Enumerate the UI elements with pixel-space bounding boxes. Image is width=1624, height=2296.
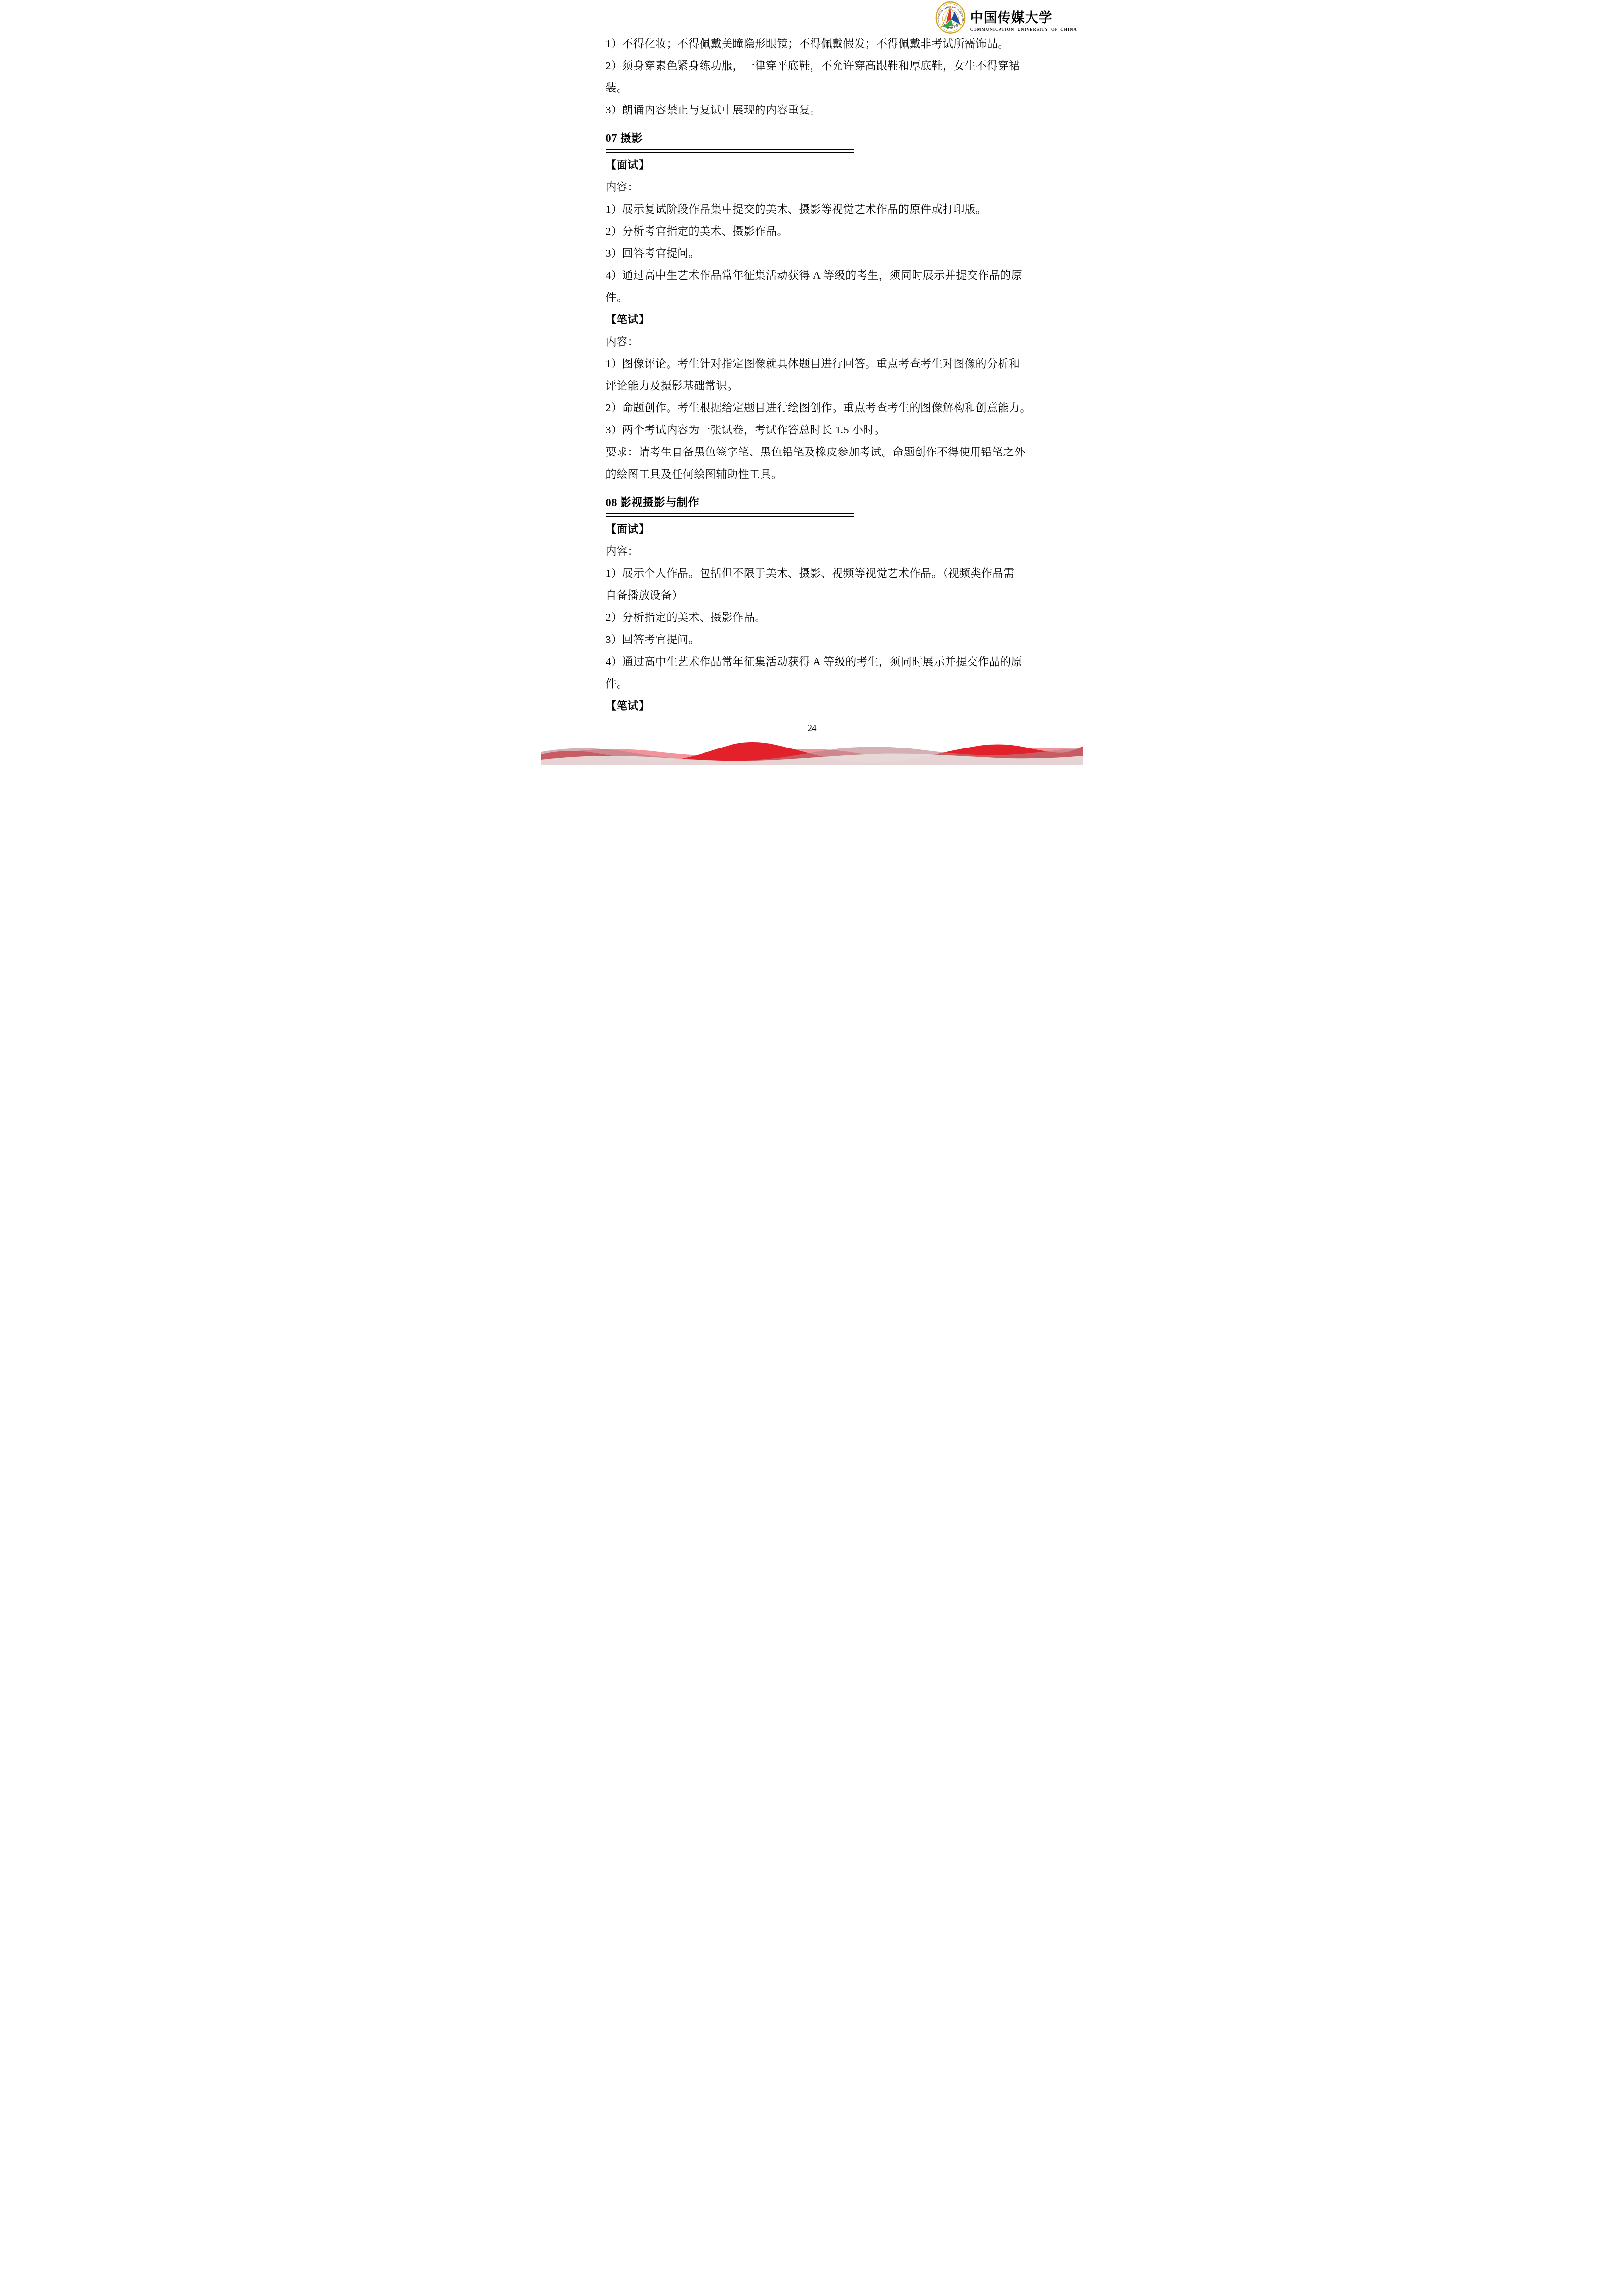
document-body: 1）不得化妆；不得佩戴美瞳隐形眼镜；不得佩戴假发；不得佩戴非考试所需饰品。 2）… <box>606 32 1028 717</box>
seal-right-dot <box>959 24 961 25</box>
body-line: 4）通过高中生艺术作品常年征集活动获得 A 等级的考生，须同时展示并提交作品的原 <box>606 650 1028 672</box>
body-line: 3）回答考官提问。 <box>606 628 1028 650</box>
intro-rule-line: 装。 <box>606 77 1028 99</box>
page-number: 24 <box>541 723 1083 734</box>
section-08-title: 08 影视摄影与制作 <box>606 492 700 513</box>
document-page: COMMUNICATION UNIVERSITY OF CHINA 中国传媒大学… <box>541 0 1083 765</box>
body-line: 件。 <box>606 286 1028 308</box>
body-line: 1）展示个人作品。包括但不限于美术、摄影、视频等视觉艺术作品。（视频类作品需 <box>606 562 1028 584</box>
section-07: 07 摄影 【面试】 内容： 1）展示复试阶段作品集中提交的美术、摄影等视觉艺术… <box>606 128 1028 485</box>
exam-block-label: 【面试】 <box>606 518 1028 540</box>
body-line: 1）图像评论。考生针对指定图像就具体题目进行回答。重点考查考生对图像的分析和 <box>606 352 1028 374</box>
university-name: 中国传媒大学 COMMUNICATION UNIVERSITY OF CHINA <box>970 10 1077 32</box>
university-name-en: COMMUNICATION UNIVERSITY OF CHINA <box>970 27 1077 32</box>
body-line: 内容： <box>606 540 1028 562</box>
exam-block-label: 【笔试】 <box>606 694 1028 717</box>
body-line: 评论能力及摄影基础常识。 <box>606 374 1028 397</box>
body-line: 1）展示复试阶段作品集中提交的美术、摄影等视觉艺术作品的原件或打印版。 <box>606 198 1028 220</box>
section-07-written-block: 【笔试】 内容： 1）图像评论。考生针对指定图像就具体题目进行回答。重点考查考生… <box>606 308 1028 485</box>
body-line: 2）命题创作。考生根据给定题目进行绘图创作。重点考查考生的图像解构和创意能力。 <box>606 397 1028 419</box>
body-line: 3）回答考官提问。 <box>606 242 1028 264</box>
university-seal-icon: COMMUNICATION UNIVERSITY OF CHINA 中国传媒大学 <box>935 1 966 34</box>
university-name-cn: 中国传媒大学 <box>970 10 1077 26</box>
body-line: 3）两个考试内容为一张试卷，考试作答总时长 1.5 小时。 <box>606 419 1028 441</box>
intro-rule-line: 1）不得化妆；不得佩戴美瞳隐形眼镜；不得佩戴假发；不得佩戴非考试所需饰品。 <box>606 32 1028 54</box>
intro-rule-line: 2）须身穿素色紧身练功服，一律穿平底鞋，不允许穿高跟鞋和厚底鞋，女生不得穿裙 <box>606 54 1028 77</box>
body-line: 内容： <box>606 176 1028 198</box>
section-08-written-block: 【笔试】 <box>606 694 1028 717</box>
intro-rules: 1）不得化妆；不得佩戴美瞳隐形眼镜；不得佩戴假发；不得佩戴非考试所需饰品。 2）… <box>606 32 1028 121</box>
body-line: 自备播放设备） <box>606 584 1028 606</box>
body-line: 的绘图工具及任何绘图辅助性工具。 <box>606 463 1028 485</box>
body-line: 2）分析指定的美术、摄影作品。 <box>606 606 1028 628</box>
intro-rule-line: 3）朗诵内容禁止与复试中展现的内容重复。 <box>606 99 1028 121</box>
section-08-interview-block: 【面试】 内容： 1）展示个人作品。包括但不限于美术、摄影、视频等视觉艺术作品。… <box>606 518 1028 694</box>
university-logo: COMMUNICATION UNIVERSITY OF CHINA 中国传媒大学… <box>935 1 1077 34</box>
seal-apex-dot <box>949 6 951 8</box>
exam-block-label: 【面试】 <box>606 154 1028 176</box>
body-line: 要求：请考生自备黑色签字笔、黑色铅笔及橡皮参加考试。命题创作不得使用铅笔之外 <box>606 441 1028 463</box>
footer-wave-decoration <box>541 740 1083 765</box>
body-line: 4）通过高中生艺术作品常年征集活动获得 A 等级的考生，须同时展示并提交作品的原 <box>606 264 1028 286</box>
section-08: 08 影视摄影与制作 【面试】 内容： 1）展示个人作品。包括但不限于美术、摄影… <box>606 492 1028 717</box>
section-07-interview-block: 【面试】 内容： 1）展示复试阶段作品集中提交的美术、摄影等视觉艺术作品的原件或… <box>606 154 1028 308</box>
body-line: 内容： <box>606 330 1028 352</box>
section-07-title: 07 摄影 <box>606 128 643 149</box>
seal-left-dot <box>940 26 942 27</box>
exam-block-label: 【笔试】 <box>606 308 1028 330</box>
section-07-heading: 07 摄影 <box>606 128 854 153</box>
section-08-heading: 08 影视摄影与制作 <box>606 492 854 517</box>
body-line: 件。 <box>606 672 1028 694</box>
body-line: 2）分析考官指定的美术、摄影作品。 <box>606 220 1028 242</box>
